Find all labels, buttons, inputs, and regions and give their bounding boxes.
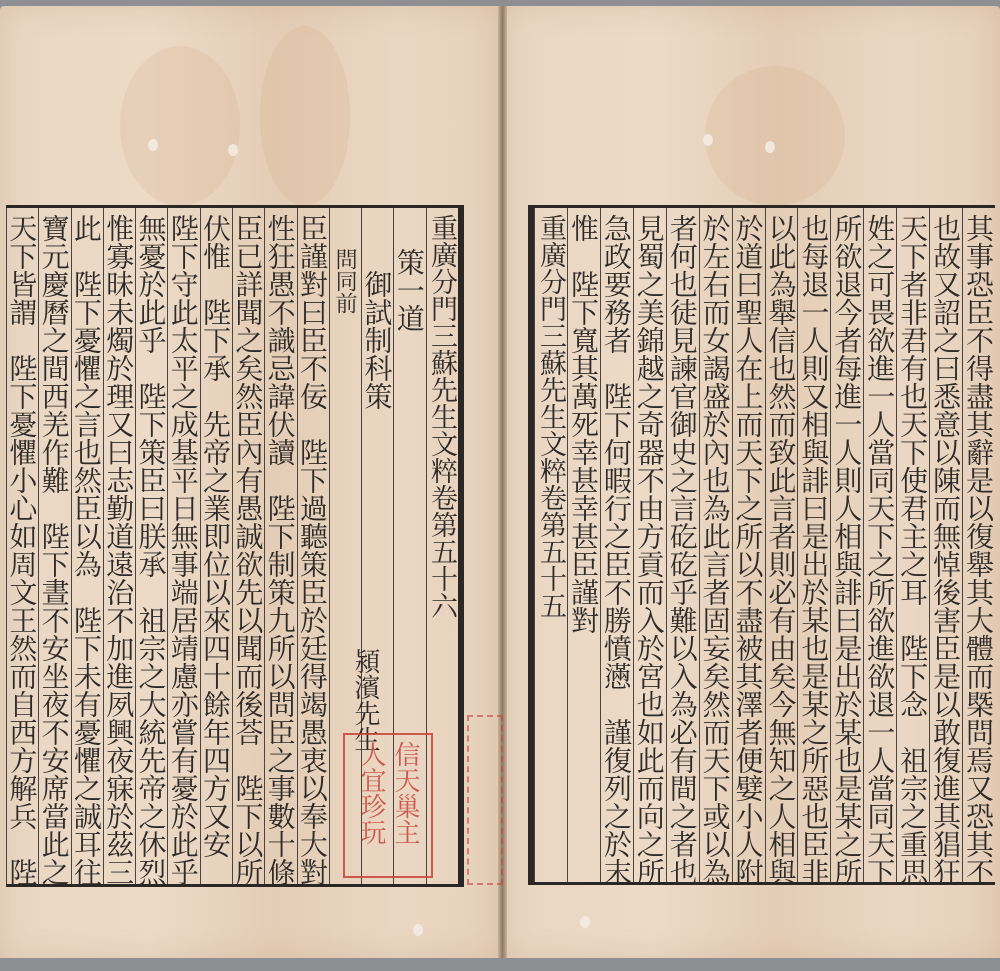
paper-stain — [120, 46, 240, 206]
volume-end-title: 重廣分門三蘇先生文粹卷第五十五 — [534, 208, 567, 882]
text-column: 陛下守此太平之成基平日無事端居靖慮亦嘗有憂於此乎 — [167, 208, 199, 884]
text-column: 也故又詔之曰悉意以陳而無悼後害臣是以敢復進其猖狂之說夫 — [929, 208, 962, 882]
text-column: 也每退一人則又相與誹曰是出於某也是某之所惡也臣非敢 — [797, 208, 830, 882]
text-column: 惟寡昧未燭於理又曰志勤道遠治不加進夙興夜寐於茲三紀 — [103, 208, 135, 884]
text-column: 急政要務者 陛下何暇行之臣不勝憤懣 謹復列之於末 — [600, 208, 633, 882]
paper-stain — [260, 26, 350, 206]
worm-hole — [148, 139, 158, 151]
text-column: 伏惟 陛下承 先帝之業即位以來四十餘年四方又安 — [200, 208, 232, 884]
text-column: 所欲退今者每進一人則人相與誹曰是出於某也是某之所欲 — [830, 208, 863, 882]
worm-hole — [228, 144, 238, 156]
right-column-block: 其事恐臣不得盡其辭是以復舉其大體而槩問焉又恐其不能切至 也故又詔之曰悉意以陳而無… — [534, 208, 995, 882]
text-column: 姓之可畏欲進一人當同天下之所欲進欲退一人當同天下之 — [863, 208, 896, 882]
worm-hole — [413, 924, 423, 936]
text-column: 此 陛下憂懼之言也然臣以為 陛下未有憂懼之誠耳往者 — [71, 208, 103, 884]
text-column: 性狂愚不識忌諱伏讀 陛下制策九所以問臣之事數十條者 — [264, 208, 296, 884]
text-column: 惟 陛下寬其萬死幸甚幸甚臣謹對 — [567, 208, 600, 882]
text-column: 見蜀之美錦越之奇器不由方貢而入於宮也如此而向之所謂 — [633, 208, 666, 882]
text-column: 其事恐臣不得盡其辭是以復舉其大體而槩問焉又恐其不能切至 — [962, 208, 995, 882]
worm-hole — [580, 916, 590, 928]
text-column: 天下皆謂 陛下憂懼小心如周文王然而自西方解兵 陛下 — [6, 208, 38, 884]
text-column: 以此為舉信也然而致此言者則必有由矣今無知之人相與謗 — [765, 208, 798, 882]
text-column: 臣已詳聞之矣然臣內有愚誠欲先以聞而後荅 陛下以所問 — [232, 208, 264, 884]
text-column: 於左右而女謁盛於內也為此言者固妄矣然而天下或以為信 — [699, 208, 732, 882]
text-column: 寶元慶曆之間西羌作難 陛下晝不安坐夜不安席當此之時 — [38, 208, 70, 884]
collector-seal-partial — [467, 715, 503, 885]
worm-hole — [703, 134, 713, 146]
text-column: 於道曰聖人在上而天下之所以不盡被其澤者便嬖小人附 — [732, 208, 765, 882]
text-column: 天下者非君有也天下使君主之耳 陛下念 祖宗之重思百 — [896, 208, 929, 882]
right-text-frame: 其事恐臣不得盡其辭是以復舉其大體而槩問焉又恐其不能切至 也故又詔之曰悉意以陳而無… — [528, 205, 995, 885]
text-column: 臣謹對曰臣不佞 陛下過聽策臣於廷得竭愚衷以奉大對臣 — [297, 208, 329, 884]
paper-stain — [705, 66, 845, 206]
text-column: 者何也徒見諫官御史之言矻矻乎難以入為必有間之者也徒 — [666, 208, 699, 882]
collector-seal: 信天巢主人宜珍玩 — [343, 733, 433, 878]
text-column: 無憂於此乎 陛下策臣曰朕承 祖宗之大統先帝之休烈深 — [135, 208, 167, 884]
worm-hole — [765, 141, 775, 153]
